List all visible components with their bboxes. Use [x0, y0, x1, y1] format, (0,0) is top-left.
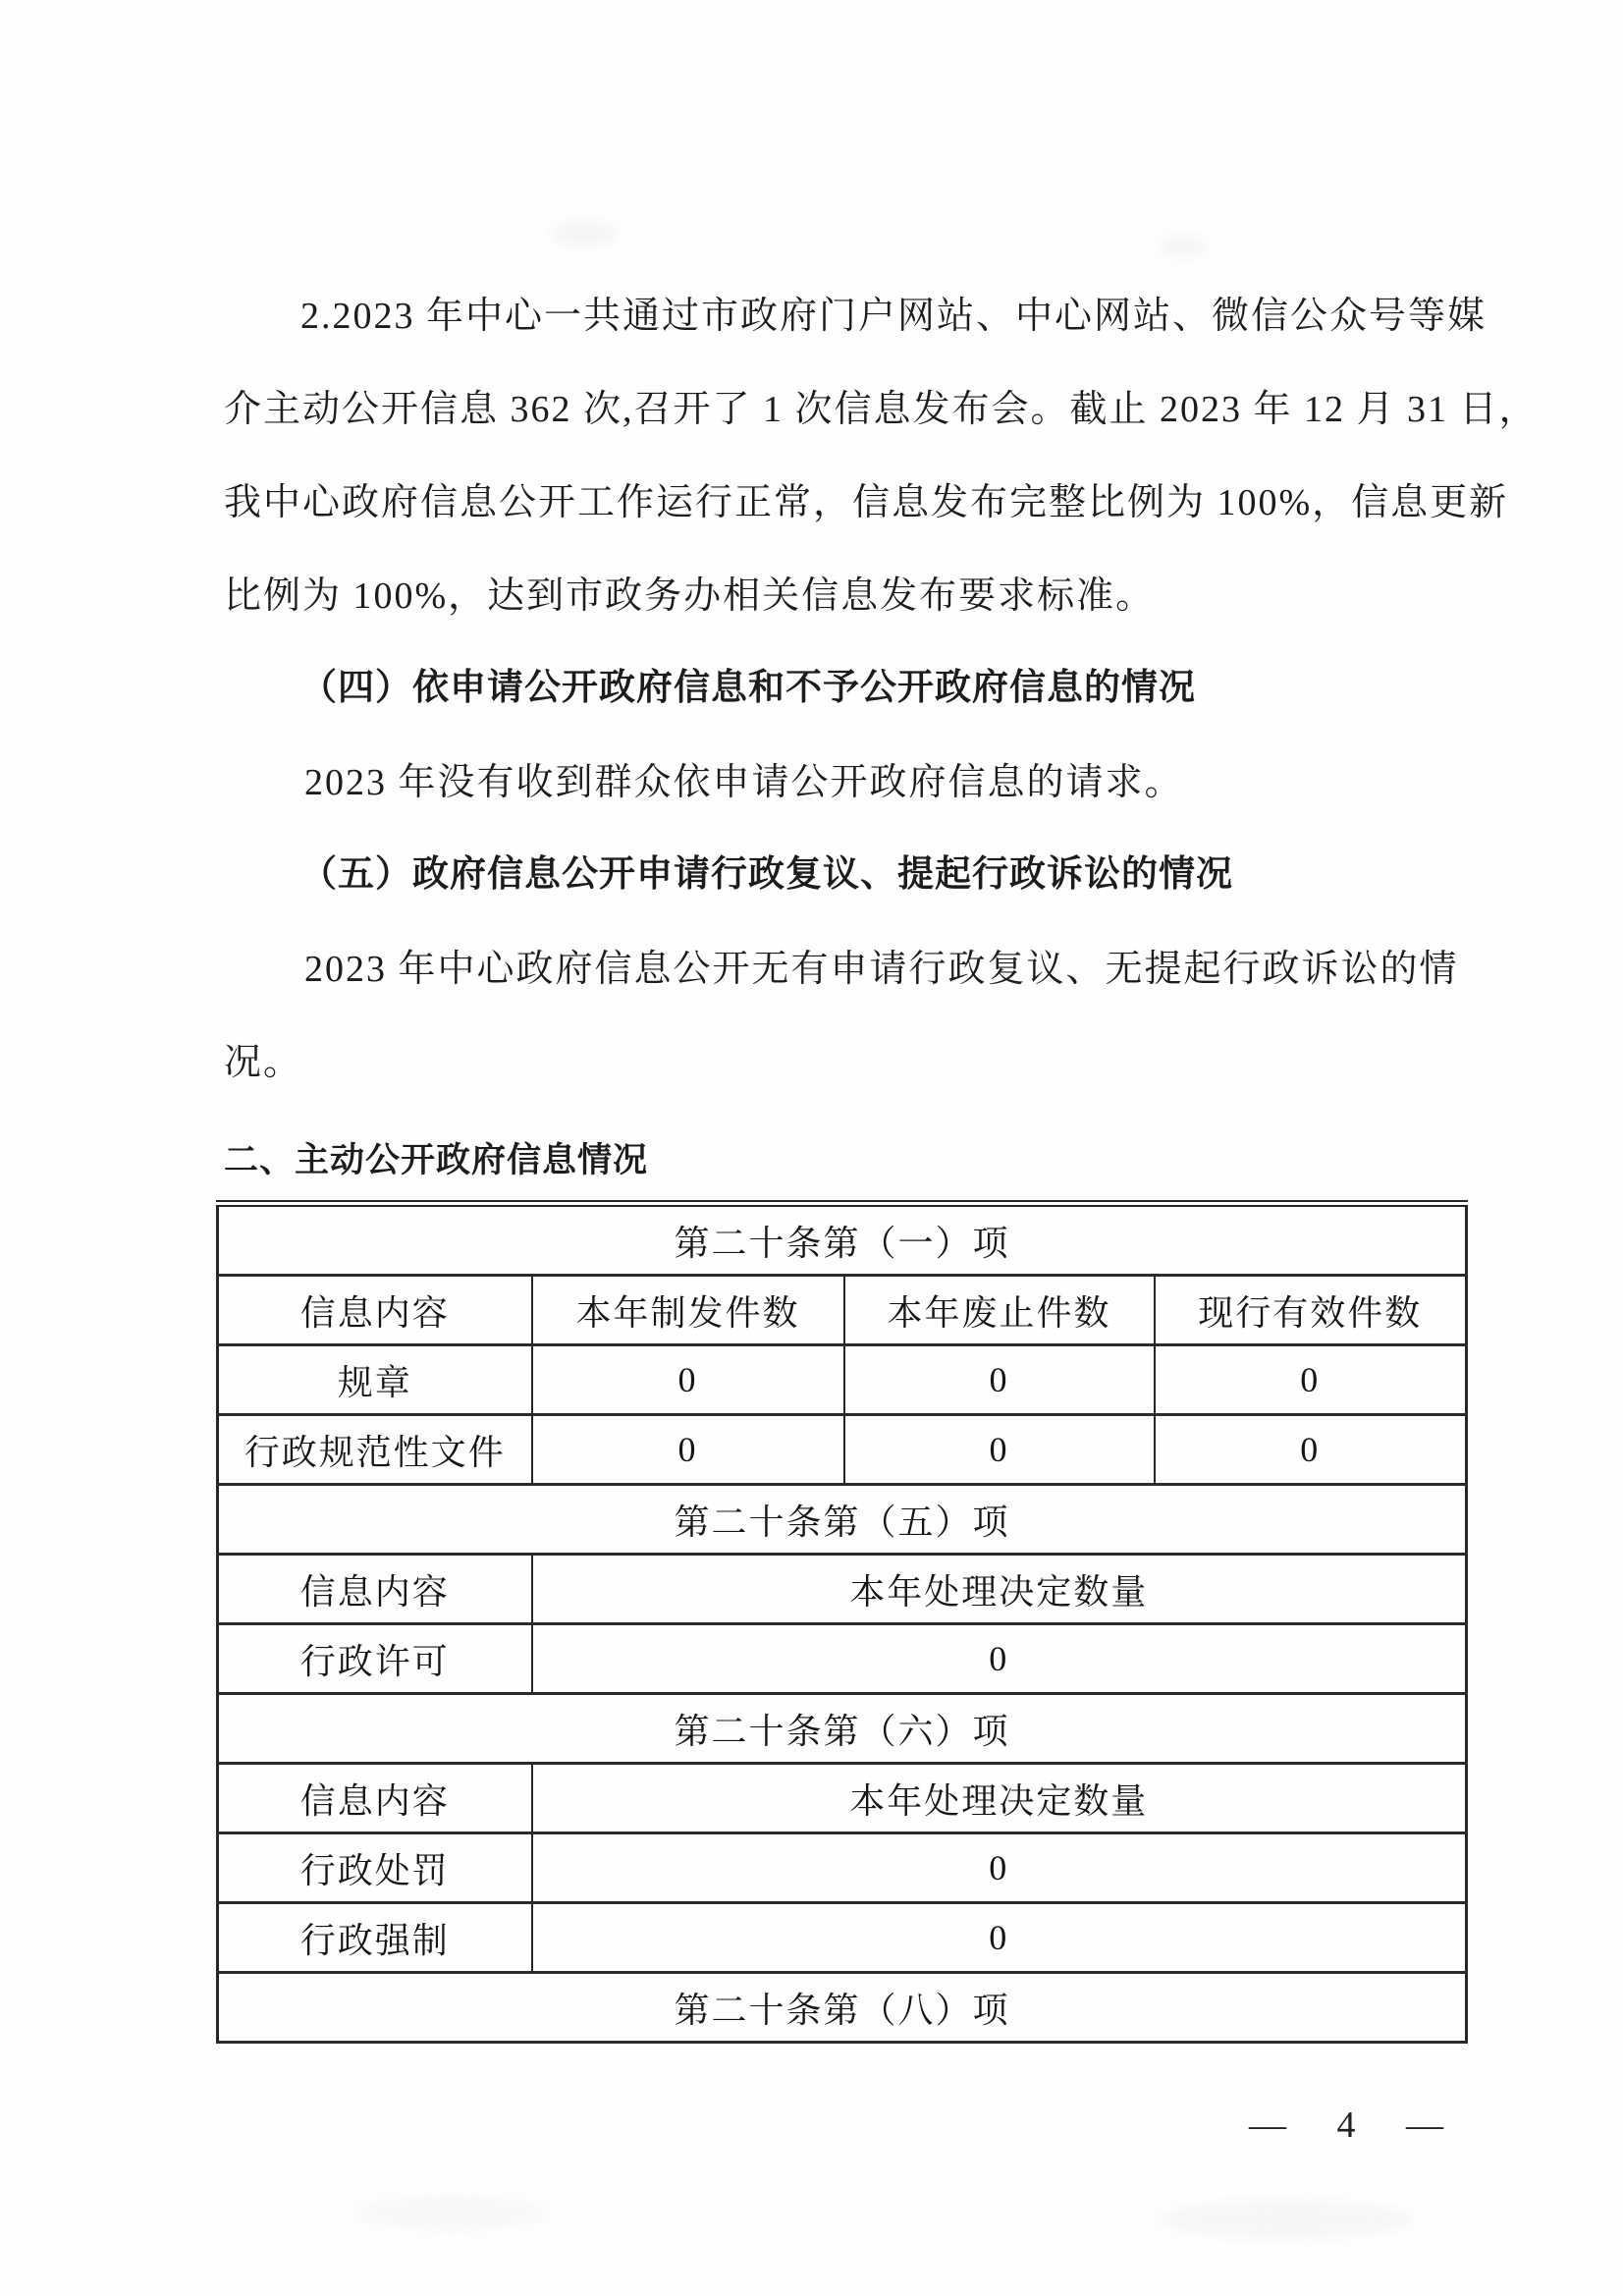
- disclosure-statistics-table-wrap: 第二十条第（一）项 信息内容 本年制发件数 本年废止件数 现行有效件数 规章 0…: [216, 1200, 1465, 2044]
- part-two-title: 二、主动公开政府信息情况: [224, 1135, 648, 1186]
- value-cell: 0: [532, 1345, 844, 1415]
- value-cell: 0: [532, 1415, 844, 1485]
- column-header-cell: 本年废止件数: [844, 1276, 1155, 1345]
- table-row: 行政规范性文件 0 0 0: [218, 1415, 1467, 1485]
- table-row: 第二十条第（六）项: [218, 1694, 1467, 1764]
- body-paragraph-line: 2.2023 年中心一共通过市政府门户网站、中心网站、微信公众号等媒: [300, 291, 1487, 342]
- row-label-cell: 行政处罚: [218, 1833, 532, 1903]
- value-cell: 0: [1155, 1345, 1467, 1415]
- body-paragraph-line: 比例为 100%，达到市政务办相关信息发布要求标准。: [224, 571, 1155, 622]
- body-paragraph-line: 2023 年没有收到群众依申请公开政府信息的请求。: [304, 757, 1184, 808]
- section-header-cell: 第二十条第（六）项: [218, 1694, 1467, 1764]
- body-paragraph-line: 2023 年中心政府信息公开无有申请行政复议、无提起行政诉讼的情: [304, 944, 1459, 995]
- section-header-cell: 第二十条第（一）项: [218, 1204, 1467, 1276]
- column-header-cell: 本年处理决定数量: [532, 1555, 1467, 1624]
- column-header-cell: 信息内容: [218, 1276, 532, 1345]
- table-row: 信息内容 本年制发件数 本年废止件数 现行有效件数: [218, 1276, 1467, 1345]
- column-header-cell: 现行有效件数: [1155, 1276, 1467, 1345]
- page-number: — 4 —: [1249, 2104, 1457, 2147]
- value-cell: 0: [844, 1415, 1155, 1485]
- body-paragraph-line: 介主动公开信息 362 次,召开了 1 次信息发布会。截止 2023 年 12 …: [224, 384, 1539, 435]
- table-row: 信息内容 本年处理决定数量: [218, 1764, 1467, 1833]
- body-paragraph-line: 我中心政府信息公开工作运行正常，信息发布完整比例为 100%，信息更新: [224, 477, 1508, 528]
- value-cell: 0: [532, 1903, 1467, 1973]
- value-cell: 0: [532, 1624, 1467, 1694]
- table-row: 规章 0 0 0: [218, 1345, 1467, 1415]
- body-paragraph-line: 况。: [224, 1037, 302, 1088]
- table-row: 第二十条第（五）项: [218, 1485, 1467, 1555]
- value-cell: 0: [532, 1833, 1467, 1903]
- table-row: 行政强制 0: [218, 1903, 1467, 1973]
- scanned-report-page: 2.2023 年中心一共通过市政府门户网站、中心网站、微信公众号等媒 介主动公开…: [0, 0, 1623, 2296]
- disclosure-statistics-table: 第二十条第（一）项 信息内容 本年制发件数 本年废止件数 现行有效件数 规章 0…: [216, 1200, 1468, 2044]
- section-heading-five: （五）政府信息公开申请行政复议、提起行政诉讼的情况: [300, 848, 1233, 900]
- table-row: 行政许可 0: [218, 1624, 1467, 1694]
- table-row: 行政处罚 0: [218, 1833, 1467, 1903]
- row-label-cell: 行政许可: [218, 1624, 532, 1694]
- table-row: 第二十条第（一）项: [218, 1204, 1467, 1276]
- scan-artifact: [353, 2195, 550, 2230]
- section-header-cell: 第二十条第（八）项: [218, 1973, 1467, 2043]
- scan-artifact: [1159, 2200, 1414, 2239]
- value-cell: 0: [844, 1345, 1155, 1415]
- section-header-cell: 第二十条第（五）项: [218, 1485, 1467, 1555]
- column-header-cell: 信息内容: [218, 1555, 532, 1624]
- row-label-cell: 行政规范性文件: [218, 1415, 532, 1485]
- row-label-cell: 规章: [218, 1345, 532, 1415]
- scan-artifact: [1159, 236, 1208, 257]
- row-label-cell: 行政强制: [218, 1903, 532, 1973]
- scan-artifact: [550, 221, 619, 246]
- column-header-cell: 本年制发件数: [532, 1276, 844, 1345]
- column-header-cell: 信息内容: [218, 1764, 532, 1833]
- table-row: 第二十条第（八）项: [218, 1973, 1467, 2043]
- table-row: 信息内容 本年处理决定数量: [218, 1555, 1467, 1624]
- value-cell: 0: [1155, 1415, 1467, 1485]
- section-heading-four: （四）依申请公开政府信息和不予公开政府信息的情况: [300, 662, 1196, 713]
- column-header-cell: 本年处理决定数量: [532, 1764, 1467, 1833]
